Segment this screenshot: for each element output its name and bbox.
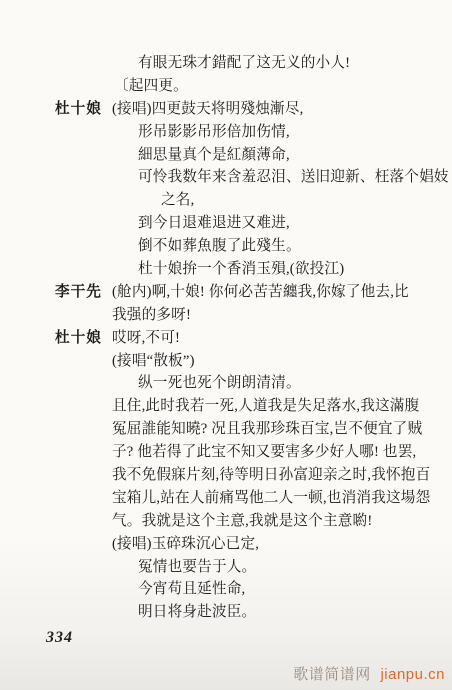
script-line: 冤屈誰能知曉? 况且我那珍珠百宝,岂不便宜了贼 [0, 418, 452, 441]
speaker-name: 李干先 [55, 281, 102, 304]
script-line: 气。我就是这个主意,我就是这个主意喲! [0, 510, 452, 533]
line-text: 我强的多呀! [112, 307, 191, 323]
line-text: (舱内)啊,十娘! 你何必苦苦纏我,你嫁了他去,比 [112, 284, 409, 300]
script-line: 〔起四更。 [0, 75, 452, 98]
line-text: 子? 他若得了此宝不知又要害多少好人哪! 也罢, [112, 444, 416, 460]
script-body: 有眼无珠才錯配了这无义的小人!〔起四更。杜十娘(接唱)四更鼓天将明殘烛漸尽,形吊… [0, 52, 452, 624]
scanned-script-page: { "page": { "number": "334", "watermark"… [0, 0, 452, 690]
script-line: 子? 他若得了此宝不知又要害多少好人哪! 也罢, [0, 441, 452, 464]
script-line: 倒不如葬魚腹了此殘生。 [0, 235, 452, 258]
watermark-site-name: 歌谱简谱网 [293, 666, 371, 683]
line-text: 杜十娘拚一个香消玉殞,(欲投江) [138, 261, 344, 277]
script-line: 宝箱儿,站在人前痛骂他二人一顿,也消消我这場怨 [0, 487, 452, 510]
script-line: 我不免假寐片刻,待等明日孙富迎亲之时,我怀抱百 [0, 464, 452, 487]
line-text: (接唱)玉碎珠沉心已定, [112, 536, 259, 552]
speaker-name: 杜十娘 [55, 327, 102, 350]
line-text: 哎呀,不可! [112, 330, 180, 346]
line-text: 形吊影影吊形倍加伤情, [138, 124, 290, 140]
script-line: (接唱)玉碎珠沉心已定, [0, 533, 452, 556]
line-text: 倒不如葬魚腹了此殘生。 [138, 238, 301, 254]
speaker-name: 杜十娘 [55, 98, 102, 121]
script-line: 有眼无珠才錯配了这无义的小人! [0, 52, 452, 75]
script-line: 明日将身赴波臣。 [0, 601, 452, 624]
script-line: 今宵苟且延性命, [0, 578, 452, 601]
line-text: 可怜我数年来含羞忍泪、送旧迎新、枉落个娼妓 [138, 169, 449, 185]
script-line: 冤情也要告于人。 [0, 556, 452, 579]
line-text: 冤屈誰能知曉? 况且我那珍珠百宝,岂不便宜了贼 [112, 421, 422, 437]
script-line: 可怜我数年来含羞忍泪、送旧迎新、枉落个娼妓 [0, 166, 452, 189]
script-line: 杜十娘拚一个香消玉殞,(欲投江) [0, 258, 452, 281]
line-text: (接唱“散板”) [112, 353, 195, 369]
line-text: (接唱)四更鼓天将明殘烛漸尽, [112, 101, 304, 117]
script-line: 我强的多呀! [0, 304, 452, 327]
watermark: 歌谱简谱网 jianpu.cn [293, 663, 445, 684]
script-line: 李干先(舱内)啊,十娘! 你何必苦苦纏我,你嫁了他去,比 [0, 281, 452, 304]
page-number: 334 [46, 629, 73, 647]
line-text: 且住,此时我若一死,人道我是失足落水,我这滿腹 [112, 398, 419, 414]
line-text: 气。我就是这个主意,我就是这个主意喲! [112, 513, 372, 529]
line-text: 冤情也要告于人。 [138, 559, 256, 575]
script-line: 且住,此时我若一死,人道我是失足落水,我这滿腹 [0, 395, 452, 418]
line-text: 纵一死也死个朗朗清清。 [138, 375, 301, 391]
script-line: 細思量真个是紅顏薄命, [0, 144, 452, 167]
script-line: 到今日退难退进又难进, [0, 212, 452, 235]
script-line: 杜十娘哎呀,不可! [0, 327, 452, 350]
watermark-site-url: jianpu.cn [380, 666, 445, 683]
script-line: 杜十娘(接唱)四更鼓天将明殘烛漸尽, [0, 98, 452, 121]
line-text: 之名, [161, 192, 194, 208]
line-text: 有眼无珠才錯配了这无义的小人! [138, 55, 350, 71]
script-line: 纵一死也死个朗朗清清。 [0, 372, 452, 395]
script-line: (接唱“散板”) [0, 350, 452, 373]
line-text: 〔起四更。 [114, 78, 188, 94]
line-text: 宝箱儿,站在人前痛骂他二人一顿,也消消我这場怨 [112, 490, 430, 506]
script-line: 之名, [0, 189, 452, 212]
script-line: 形吊影影吊形倍加伤情, [0, 121, 452, 144]
line-text: 到今日退难退进又难进, [138, 215, 290, 231]
line-text: 細思量真个是紅顏薄命, [138, 147, 290, 163]
line-text: 明日将身赴波臣。 [138, 604, 256, 620]
line-text: 今宵苟且延性命, [138, 581, 245, 597]
line-text: 我不免假寐片刻,待等明日孙富迎亲之时,我怀抱百 [112, 467, 430, 483]
